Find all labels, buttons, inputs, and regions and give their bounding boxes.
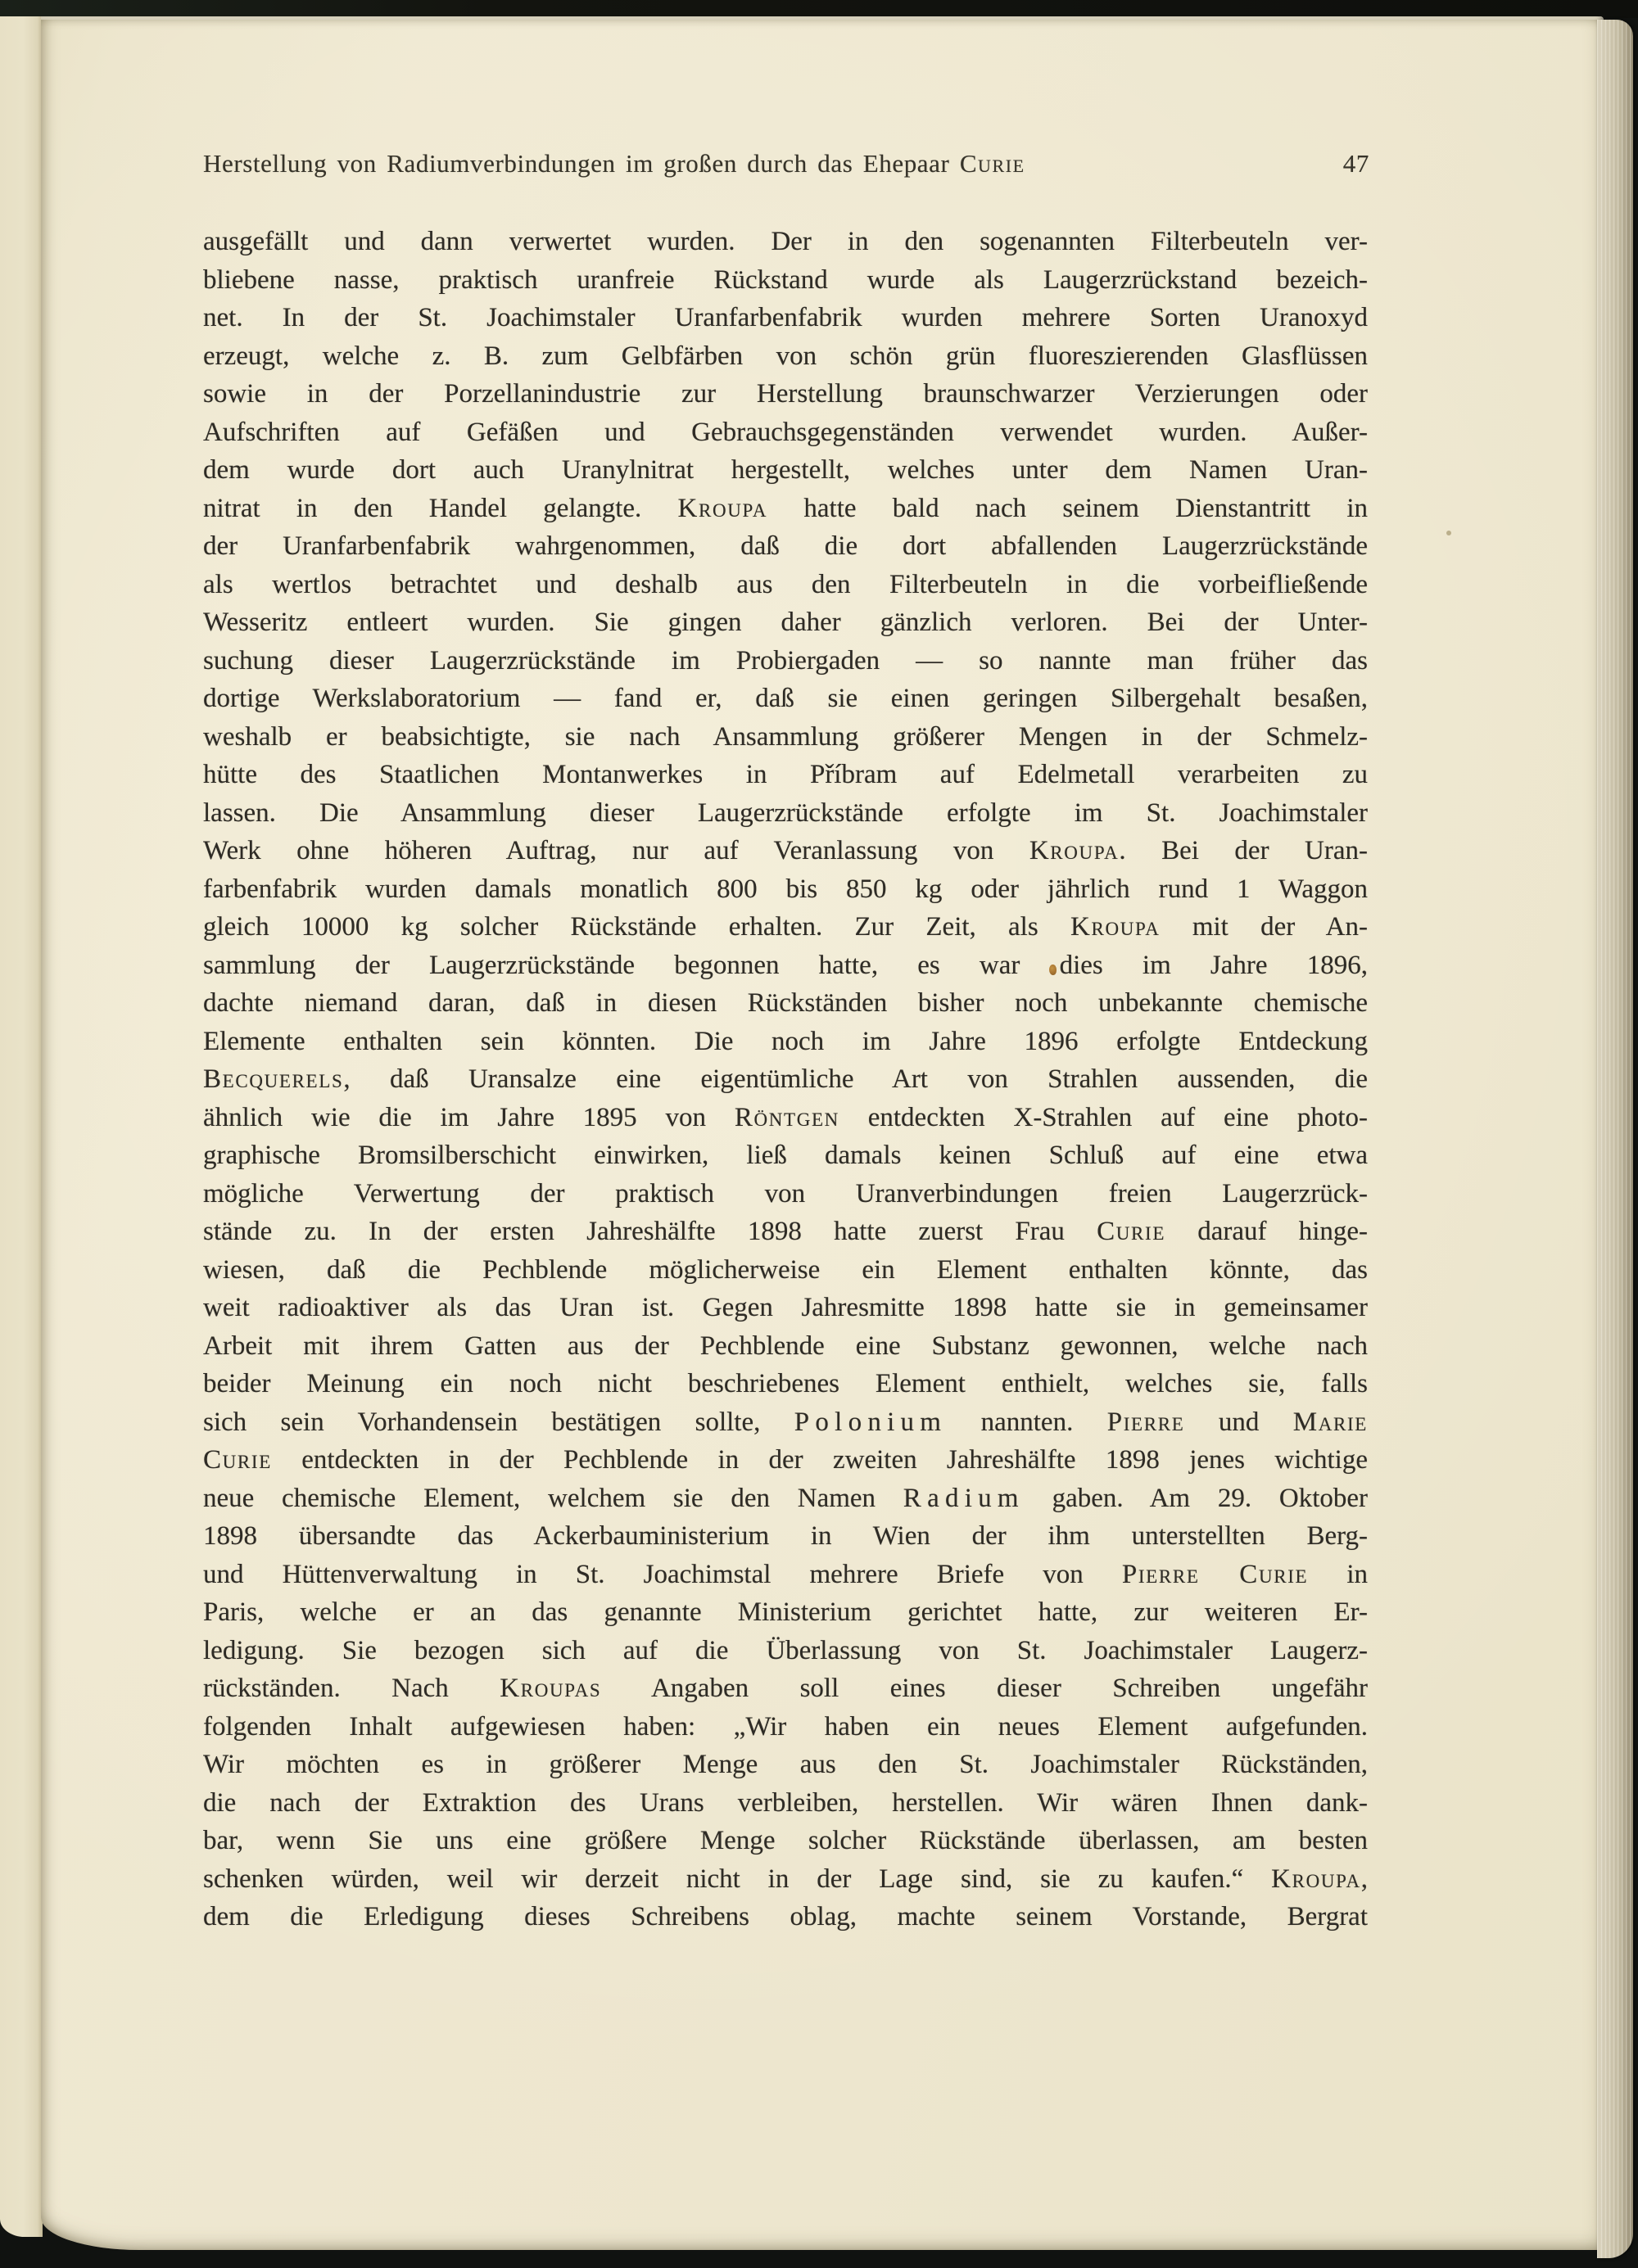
body-line: schenken würden, weil wir derzeit nicht … [203,1860,1368,1899]
body-line: ledigung. Sie bezogen sich auf die Überl… [203,1632,1368,1670]
text-run: die nach der Extraktion des Urans verble… [203,1788,1368,1818]
body-line: weshalb er beabsichtigte, sie nach Ansam… [203,718,1368,757]
body-line: dem die Erledigung dieses Schreibens obl… [203,1898,1368,1936]
text-run: entdeckten in der Pechblende in der zwei… [272,1445,1368,1475]
body-line: hütte des Staatlichen Montanwerkes in Př… [203,756,1368,794]
text-run: Werk ohne höheren Auftrag, nur auf Veran… [203,836,1029,865]
body-line: Paris, welche er an das genannte Ministe… [203,1593,1368,1632]
text-run: stände zu. In der ersten Jahreshälfte 18… [203,1217,1097,1246]
small-caps-name: Röntgen [735,1103,839,1132]
text-run: schenken würden, weil wir derzeit nicht … [203,1864,1271,1894]
text-run: weshalb er beabsichtigte, sie nach Ansam… [203,722,1368,752]
text-run: und Hüttenverwaltung in St. Joachimstal … [203,1560,1122,1589]
body-line: erzeugt, welche z. B. zum Gelbfärben von… [203,337,1368,376]
text-run: Elemente enthalten sein könnten. Die noc… [203,1027,1368,1056]
text-run: Angaben soll eines dieser Schreiben unge… [601,1674,1368,1703]
text-run: hatte bald nach seinem Dienstantritt in [767,494,1368,523]
text-run: sowie in der Porzellanindustrie zur Hers… [203,379,1368,409]
text-run: Arbeit mit ihrem Gatten aus der Pechblen… [203,1331,1368,1361]
body-line: Becquerels, daß Uransalze eine eigentüml… [203,1060,1368,1099]
text-run: , [1361,1864,1368,1894]
spaced-term: Polonium [794,1407,947,1437]
body-line: beider Meinung ein noch nicht beschriebe… [203,1365,1368,1403]
small-caps-name: Becquerels [203,1064,343,1094]
body-line: mögliche Verwertung der praktisch von Ur… [203,1175,1368,1213]
small-caps-name: Kroupa [1070,912,1161,942]
text-run: der Uranfarbenfabrik wahrgenommen, daß d… [203,531,1368,561]
body-line: ähnlich wie die im Jahre 1895 von Röntge… [203,1099,1368,1137]
text-run: farbenfabrik wurden damals monatlich 800… [203,874,1368,904]
book-scan: Herstellung von Radiumverbindungen im gr… [0,0,1638,2268]
scan-background-top [0,0,1638,18]
running-header: Herstellung von Radiumverbindungen im gr… [203,148,1369,179]
body-line: Curie entdeckten in der Pechblende in de… [203,1441,1368,1480]
body-line: Aufschriften auf Gefäßen und Gebrauchsge… [203,413,1368,452]
text-run: net. In der St. Joachimstaler Uranfarben… [203,303,1368,332]
body-line: graphische Bromsilberschicht einwirken, … [203,1136,1368,1175]
body-line: als wertlos betrachtet und deshalb aus d… [203,566,1368,604]
body-line: 1898 übersandte das Ackerbauministerium … [203,1517,1368,1556]
small-caps-name: Kroupa [1029,836,1120,865]
text-run: Paris, welche er an das genannte Ministe… [203,1597,1368,1627]
text-run: hütte des Staatlichen Montanwerkes in Př… [203,760,1368,789]
text-run: sammlung der Laugerzrückstände begonnen … [203,951,1368,980]
text-run: als wertlos betrachtet und deshalb aus d… [203,570,1368,599]
fore-edge-page-stack [1597,20,1633,2258]
text-run: ähnlich wie die im Jahre 1895 von [203,1103,735,1132]
text-run: . Bei der Uran- [1119,836,1368,865]
body-text: ausgefällt und dann verwertet wurden. De… [203,223,1368,1936]
text-run: erzeugt, welche z. B. zum Gelbfärben von… [203,341,1368,371]
body-line: die nach der Extraktion des Urans verble… [203,1784,1368,1823]
text-run: dem die Erledigung dieses Schreibens obl… [203,1902,1368,1931]
text-run: nitrat in den Handel gelangte. [203,494,678,523]
body-line: farbenfabrik wurden damals monatlich 800… [203,870,1368,909]
text-run: beider Meinung ein noch nicht beschriebe… [203,1369,1368,1398]
text-run: in [1308,1560,1368,1589]
body-line: rückständen. Nach Kroupas Angaben soll e… [203,1669,1368,1708]
body-line: dachte niemand daran, daß in diesen Rück… [203,984,1368,1023]
text-run: Wir möchten es in größerer Menge aus den… [203,1750,1368,1779]
text-run: graphische Bromsilberschicht einwirken, … [203,1141,1368,1170]
body-line: Wesseritz entleert wurden. Sie gingen da… [203,603,1368,642]
text-run: Herstellung von Radiumverbindungen im gr… [203,149,960,178]
small-caps-name: Curie [1097,1217,1165,1246]
body-line: bar, wenn Sie uns eine größere Menge sol… [203,1822,1368,1860]
body-line: Werk ohne höheren Auftrag, nur auf Veran… [203,832,1368,870]
text-run: gleich 10000 kg solcher Rückstände erhal… [203,912,1070,942]
text-run: mit der An- [1161,912,1368,942]
body-line: Arbeit mit ihrem Gatten aus der Pechblen… [203,1327,1368,1366]
text-run: nannten. [947,1407,1107,1437]
text-run: entdeckten X-Strahlen auf eine photo- [839,1103,1368,1132]
body-line: und Hüttenverwaltung in St. Joachimstal … [203,1556,1368,1594]
text-run: , daß Uransalze eine eigentümliche Art v… [343,1064,1368,1094]
small-caps-name: Pierre [1107,1407,1185,1437]
text-run: neue chemische Element, welchem sie den … [203,1484,903,1513]
body-line: suchung dieser Laugerzrückstände im Prob… [203,642,1368,680]
small-caps-name: Pierre Curie [1122,1560,1308,1589]
body-line: net. In der St. Joachimstaler Uranfarben… [203,299,1368,337]
small-caps-name: Marie [1293,1407,1368,1437]
page-number: 47 [1343,148,1369,179]
facing-page-gutter-edge [0,16,43,2237]
body-line: gleich 10000 kg solcher Rückstände erhal… [203,908,1368,947]
body-line: dem wurde dort auch Uranylnitrat hergest… [203,451,1368,490]
body-line: ausgefällt und dann verwertet wurden. De… [203,223,1368,261]
body-line: Wir möchten es in größerer Menge aus den… [203,1746,1368,1784]
body-line: sammlung der Laugerzrückstände begonnen … [203,947,1368,985]
text-run: bar, wenn Sie uns eine größere Menge sol… [203,1826,1368,1855]
body-line: weit radioaktiver als das Uran ist. Gege… [203,1289,1368,1327]
body-line: lassen. Die Ansammlung dieser Laugerzrüc… [203,794,1368,833]
text-run: mögliche Verwertung der praktisch von Ur… [203,1179,1368,1209]
text-run: ausgefällt und dann verwertet wurden. De… [203,227,1368,256]
body-line: wiesen, daß die Pechblende möglicherweis… [203,1251,1368,1290]
body-line: neue chemische Element, welchem sie den … [203,1480,1368,1518]
body-line: der Uranfarbenfabrik wahrgenommen, daß d… [203,527,1368,566]
text-run: sich sein Vorhandensein bestätigen sollt… [203,1407,794,1437]
body-line: Elemente enthalten sein könnten. Die noc… [203,1023,1368,1061]
text-run: Aufschriften auf Gefäßen und Gebrauchsge… [203,418,1368,447]
text-run: bliebene nasse, praktisch uranfreie Rück… [203,265,1368,295]
text-run: darauf hinge- [1165,1217,1368,1246]
text-run: weit radioaktiver als das Uran ist. Gege… [203,1293,1368,1322]
text-run: lassen. Die Ansammlung dieser Laugerzrüc… [203,798,1368,828]
text-run: folgenden Inhalt aufgewiesen haben: „Wir… [203,1712,1368,1742]
text-run: ledigung. Sie bezogen sich auf die Überl… [203,1636,1368,1665]
small-paper-speck [1446,531,1451,535]
body-line: nitrat in den Handel gelangte. Kroupa ha… [203,490,1368,528]
body-line: sowie in der Porzellanindustrie zur Hers… [203,375,1368,413]
text-run: Wesseritz entleert wurden. Sie gingen da… [203,608,1368,637]
text-run: dortige Werkslaboratorium — fand er, daß… [203,684,1368,713]
text-run: dem wurde dort auch Uranylnitrat hergest… [203,455,1368,485]
text-run: und [1184,1407,1292,1437]
body-line: bliebene nasse, praktisch uranfreie Rück… [203,261,1368,300]
body-line: dortige Werkslaboratorium — fand er, daß… [203,680,1368,718]
body-line: stände zu. In der ersten Jahreshälfte 18… [203,1213,1368,1251]
spaced-term: Radium [903,1484,1025,1513]
body-line: sich sein Vorhandensein bestätigen sollt… [203,1403,1368,1442]
text-run: suchung dieser Laugerzrückstände im Prob… [203,646,1368,675]
text-run: gaben. Am 29. Oktober [1025,1484,1368,1513]
text-run: wiesen, daß die Pechblende möglicherweis… [203,1255,1368,1285]
text-run: 1898 übersandte das Ackerbauministerium … [203,1521,1368,1551]
small-caps-name: Kroupa [678,494,768,523]
small-caps-name: Kroupas [500,1674,601,1703]
ink-speck [1049,965,1057,975]
text-run: dachte niemand daran, daß in diesen Rück… [203,988,1368,1018]
small-caps-name: Kroupa [1271,1864,1361,1894]
text-run: rückständen. Nach [203,1674,500,1703]
body-line: folgenden Inhalt aufgewiesen haben: „Wir… [203,1708,1368,1746]
small-caps-name: Curie [203,1445,272,1475]
small-caps-name: Curie [960,149,1025,178]
running-header-title: Herstellung von Radiumverbindungen im gr… [203,148,1025,179]
